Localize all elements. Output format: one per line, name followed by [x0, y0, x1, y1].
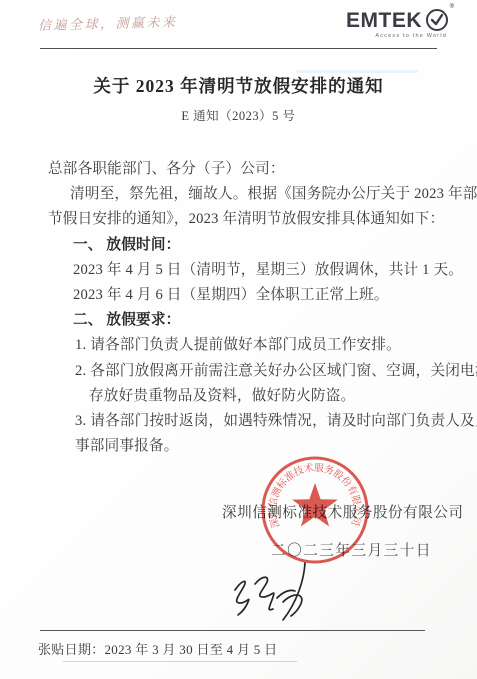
company-seal: 深圳信测标准技术服务股份有限公司	[255, 450, 375, 570]
body-line: 3. 请各部门按时返岗，如遇特殊情况，请及时向部门负责人及人	[48, 409, 440, 434]
body-line: 事部同事报备。	[48, 434, 440, 459]
body-line: 2. 各部门放假离开前需注意关好办公区域门窗、空调，关闭电源，	[48, 359, 440, 384]
body-line: 节假日安排的通知》，2023 年清明节放假安排具体通知如下：	[48, 207, 440, 232]
body-line: 总部各职能部门、各分（子）公司：	[48, 157, 440, 182]
footer-divider	[40, 630, 425, 631]
seal-star-icon	[292, 483, 338, 526]
document-number: E 通知（2023）5 号	[0, 106, 477, 124]
handwritten-signature	[225, 560, 317, 626]
registered-trademark-icon: ®	[450, 4, 454, 10]
logo-wordmark: EMTEK	[346, 10, 422, 31]
footer-accent-line	[63, 661, 297, 662]
header-divider	[40, 48, 437, 49]
document-title: 关于 2023 年清明节放假安排的通知	[0, 73, 477, 98]
scanned-notice-page: 信遍全球，测赢未来 EMTEK ® Access to the World 关于…	[0, 0, 477, 679]
logo-tagline: Access to the World	[324, 33, 449, 39]
body-line: 1. 请各部门负责人提前做好本部门成员工作安排。	[48, 333, 440, 358]
company-logo: EMTEK ® Access to the World	[324, 8, 449, 39]
section-heading: 一、 放假时间：	[48, 233, 440, 258]
body-line: 存放好贵重物品及资料，做好防火防盗。	[48, 384, 440, 409]
body-line: 2023 年 4 月 5 日（清明节，星期三）放假调休，共计 1 天。	[48, 258, 440, 283]
body-line: 2023 年 4 月 6 日（星期四）全体职工正常上班。	[48, 283, 440, 308]
check-circle-icon: ®	[425, 8, 449, 32]
posting-date: 张贴日期：2023 年 3 月 30 日至 4 月 5 日	[38, 639, 277, 658]
section-heading: 二、 放假要求：	[48, 308, 440, 333]
brand-slogan-handwriting: 信遍全球，测赢未来	[38, 11, 178, 34]
notice-body: 总部各职能部门、各分（子）公司： 清明至，祭先祖，缅故人。根据《国务院办公厅关于…	[48, 157, 440, 459]
body-line: 清明至，祭先祖，缅故人。根据《国务院办公厅关于 2023 年部分	[48, 182, 440, 207]
